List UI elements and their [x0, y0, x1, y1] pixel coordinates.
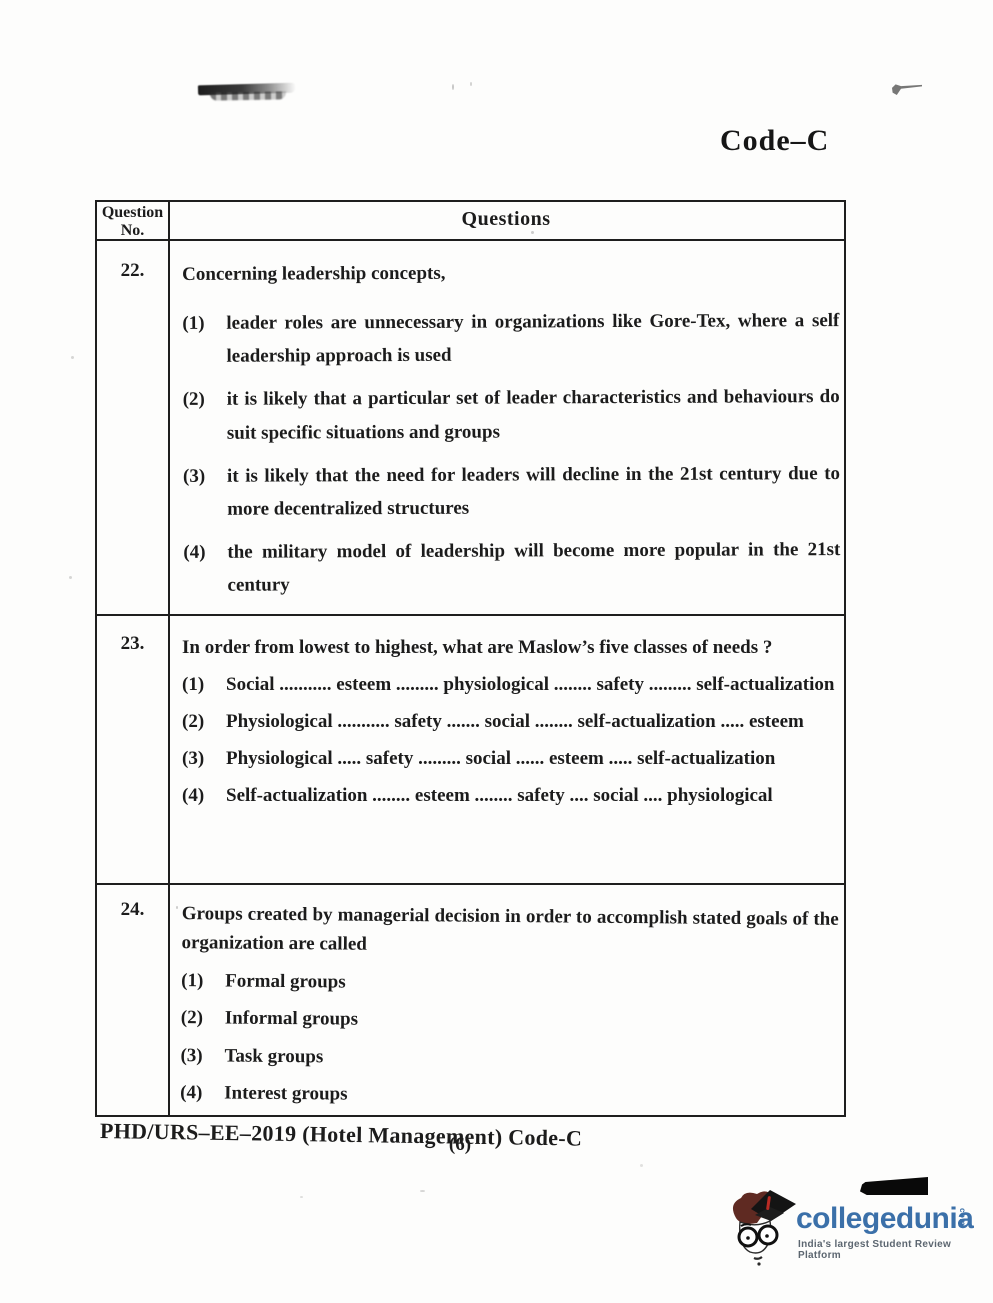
question-row-24: 24. Groups created by managerial decisio…: [97, 885, 844, 1113]
scan-smudge: [210, 91, 286, 100]
option-row: (1) Formal groups: [181, 967, 838, 1001]
option-label: (3): [182, 744, 226, 775]
option-row: (4) Self-actualization ........ esteem .…: [182, 781, 839, 812]
question-text: Concerning leadership concepts,: [182, 257, 839, 290]
scan-speck: [300, 1196, 303, 1198]
option-label: (3): [183, 459, 227, 525]
option-text: Interest groups: [224, 1080, 837, 1113]
question-text: In order from lowest to highest, what ar…: [182, 633, 839, 663]
question-body: Groups created by managerial decision in…: [166, 885, 844, 1113]
option-label: (4): [183, 535, 227, 601]
collegedunia-mascot-icon: [726, 1188, 798, 1266]
option-row: (1) Social ........... esteem ......... …: [182, 670, 839, 701]
question-text: Groups created by managerial decision in…: [181, 899, 838, 964]
scan-speck: [452, 84, 454, 90]
option-text: Social ........... esteem ......... phys…: [226, 670, 839, 701]
option-label: (3): [180, 1042, 224, 1071]
option-row: (4) Interest groups: [180, 1079, 837, 1113]
option-label: (4): [182, 781, 226, 812]
option-label: (2): [182, 707, 226, 738]
option-label: (2): [181, 1004, 225, 1033]
option-text: it is likely that the need for leaders w…: [227, 457, 840, 526]
collegedunia-logo: collegedunia com India's largest Student…: [726, 1186, 982, 1268]
question-number: 22.: [97, 241, 168, 614]
option-row: (2) Informal groups: [181, 1004, 838, 1038]
option-text: Physiological ........... safety .......…: [226, 707, 839, 738]
scan-speck: [71, 356, 74, 359]
option-text: it is likely that a particular set of le…: [227, 381, 840, 450]
collegedunia-brand-text: collegedunia: [796, 1202, 973, 1236]
question-body: Concerning leadership concepts, (1) lead…: [168, 241, 844, 614]
header-question-no-line2: No.: [97, 222, 168, 240]
collegedunia-tagline: India's largest Student Review Platform: [798, 1239, 982, 1261]
option-text: leader roles are unnecessary in organiza…: [226, 304, 839, 373]
option-label: (1): [182, 670, 226, 701]
option-row: (2) Physiological ........... safety ...…: [182, 707, 839, 738]
option-label: (1): [181, 967, 225, 996]
option-text: Informal groups: [225, 1005, 838, 1039]
option-text: Formal groups: [225, 967, 838, 1001]
question-body: In order from lowest to highest, what ar…: [168, 616, 844, 883]
option-label: (1): [182, 307, 226, 373]
question-number: 24.: [97, 885, 168, 1113]
option-text: Self-actualization ........ esteem .....…: [226, 781, 839, 812]
question-row-22: 22. Concerning leadership concepts, (1) …: [97, 241, 844, 616]
option-text: the military model of leadership will be…: [227, 533, 840, 602]
header-question-no-line1: Question: [97, 204, 168, 222]
scan-speck: [640, 1164, 643, 1167]
scan-speck: [470, 82, 472, 86]
table-header-question-no: Question No.: [97, 202, 168, 239]
option-row: (3) Physiological ..... safety .........…: [182, 744, 839, 775]
option-text: Task groups: [224, 1042, 837, 1076]
footer-page-number: (6): [95, 1134, 825, 1156]
question-row-23: 23. In order from lowest to highest, wha…: [97, 616, 844, 885]
scan-speck: [69, 576, 72, 579]
collegedunia-brand-suffix: com: [958, 1208, 967, 1226]
scan-speck: [420, 1190, 425, 1192]
option-label: (2): [183, 383, 227, 449]
option-row: (2) it is likely that a particular set o…: [183, 381, 840, 450]
option-label: (4): [180, 1079, 224, 1108]
option-row: (1) leader roles are unnecessary in orga…: [182, 304, 839, 373]
option-row: (3) it is likely that the need for leade…: [183, 457, 840, 526]
option-row: (3) Task groups: [180, 1042, 837, 1076]
table-header-row: Question No. Questions: [97, 202, 844, 241]
page-title-code: Code–C: [720, 124, 829, 158]
option-row: (4) the military model of leadership wil…: [183, 533, 840, 602]
table-header-questions: Questions: [168, 202, 844, 239]
option-text: Physiological ..... safety ......... soc…: [226, 744, 839, 775]
pen-mark: [892, 82, 922, 95]
question-table: Question No. Questions 22. Concerning le…: [95, 200, 846, 1117]
scanned-exam-page: Code–C Question No. Questions 22. Concer…: [0, 0, 993, 1303]
question-number: 23.: [97, 616, 168, 883]
